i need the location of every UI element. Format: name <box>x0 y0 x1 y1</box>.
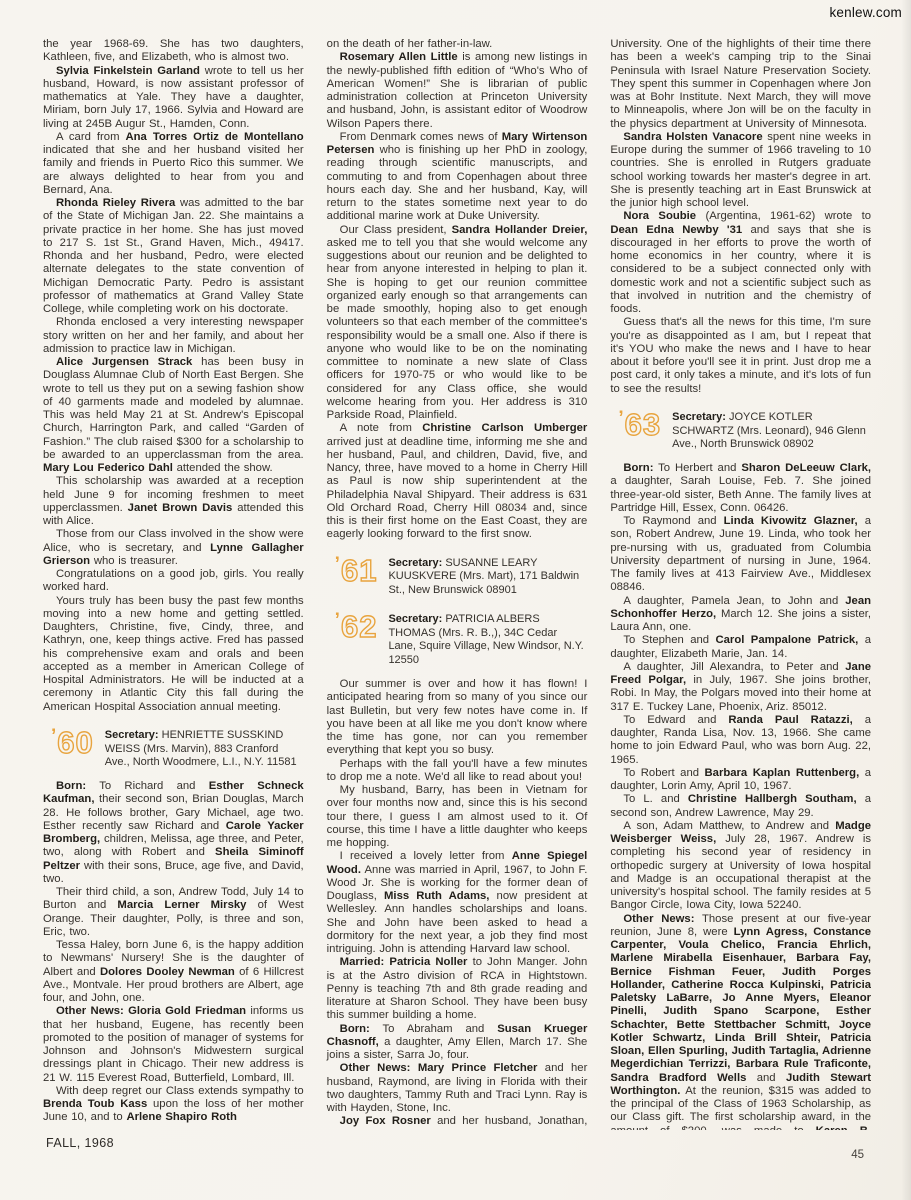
paragraph: A card from Ana Torres Ortiz de Montella… <box>43 131 304 197</box>
paragraph: Married: Patricia Noller to John Manger.… <box>327 956 588 1022</box>
paragraph: From Denmark comes news of Mary Wirtenso… <box>327 131 588 224</box>
secretary-label: Secretary: <box>388 557 445 569</box>
paragraph: Rhonda enclosed a very interesting newsp… <box>43 316 304 356</box>
paragraph: A daughter, Pamela Jean, to John and Jea… <box>610 595 871 635</box>
class-section-header: ’61Secretary: SUSANNE LEARY KUUSKVERE (M… <box>335 556 588 598</box>
paragraph: A son, Adam Matthew, to Andrew and Madge… <box>610 820 871 913</box>
paragraph: A daughter, Jill Alexandra, to Peter and… <box>610 661 871 714</box>
page-number: 45 <box>851 1149 864 1161</box>
secretary-info: Secretary: JOYCE KOTLER SCHWARTZ (Mrs. L… <box>672 410 871 452</box>
paragraph: Perhaps with the fall you'll have a few … <box>327 758 588 785</box>
paragraph: To Robert and Barbara Kaplan Ruttenberg,… <box>610 767 871 794</box>
paragraph: Other News: Those present at our five-ye… <box>610 913 871 1130</box>
class-year-badge: ’63 <box>618 410 661 439</box>
paragraph: the year 1968-69. She has two daughters,… <box>43 38 304 65</box>
paragraph: on the death of her father-in-law. <box>327 38 588 51</box>
paragraph: Our summer is over and how it has flown!… <box>327 678 588 758</box>
content-columns: the year 1968-69. She has two daughters,… <box>43 38 871 1130</box>
paragraph: To Raymond and Linda Kivowitz Glazner, a… <box>610 515 871 595</box>
issue-date: FALL, 1968 <box>46 1136 114 1150</box>
paragraph: Nora Soubie (Argentina, 1961-62) wrote t… <box>610 210 871 316</box>
secretary-label: Secretary: <box>388 613 445 625</box>
paragraph: To L. and Christine Hallbergh Southam, a… <box>610 793 871 820</box>
site-watermark: kenlew.com <box>829 5 902 20</box>
class-year-badge: ’61 <box>335 556 378 585</box>
paragraph: A note from Christine Carlson Umberger a… <box>327 422 588 541</box>
paragraph: Other News: Gloria Gold Friedman informs… <box>43 1005 304 1085</box>
paragraph: Tessa Haley, born June 6, is the happy a… <box>43 939 304 1005</box>
paragraph: Guess that's all the news for this time,… <box>610 316 871 396</box>
class-year-badge: ’60 <box>51 728 94 757</box>
paragraph: This scholarship was awarded at a recept… <box>43 475 304 528</box>
paragraph: Born: To Abraham and Susan Krueger Chasn… <box>327 1023 588 1063</box>
column-2: on the death of her father-in-law.Rosema… <box>327 38 588 1130</box>
paragraph: Other News: Mary Prince Fletcher and her… <box>327 1062 588 1115</box>
paragraph: Congratulations on a good job, girls. Yo… <box>43 568 304 595</box>
secretary-info: Secretary: PATRICIA ALBERS THOMAS (Mrs. … <box>388 612 587 668</box>
paragraph: University. One of the highlights of the… <box>610 38 871 131</box>
magazine-page: kenlew.com the year 1968-69. She has two… <box>0 0 911 1200</box>
paragraph: I received a lovely letter from Anne Spi… <box>327 850 588 956</box>
secretary-info: Secretary: SUSANNE LEARY KUUSKVERE (Mrs.… <box>388 556 587 598</box>
paragraph: Sandra Holsten Vanacore spent nine weeks… <box>610 131 871 211</box>
paragraph: Born: To Herbert and Sharon DeLeeuw Clar… <box>610 462 871 515</box>
paragraph: With deep regret our Class extends sympa… <box>43 1085 304 1125</box>
paragraph: Yours truly has been busy the past few m… <box>43 595 304 714</box>
class-section-header: ’60Secretary: HENRIETTE SUSSKIND WEISS (… <box>51 728 304 770</box>
paragraph: My husband, Barry, has been in Vietnam f… <box>327 784 588 850</box>
class-section-header: ’63Secretary: JOYCE KOTLER SCHWARTZ (Mrs… <box>618 410 871 452</box>
class-year-badge: ’62 <box>335 612 378 641</box>
paragraph: Their third child, a son, Andrew Todd, J… <box>43 886 304 939</box>
column-3: University. One of the highlights of the… <box>610 38 871 1130</box>
paragraph: Rosemary Allen Little is among new listi… <box>327 51 588 131</box>
paragraph: Those from our Class involved in the sho… <box>43 528 304 568</box>
paragraph: Alice Jurgensen Strack has been busy in … <box>43 356 304 475</box>
secretary-info: Secretary: HENRIETTE SUSSKIND WEISS (Mrs… <box>105 728 304 770</box>
column-1: the year 1968-69. She has two daughters,… <box>43 38 304 1130</box>
paragraph: Sylvia Finkelstein Garland wrote to tell… <box>43 65 304 131</box>
paragraph: Joy Fox Rosner and her husband, Jonathan… <box>327 1115 588 1130</box>
secretary-label: Secretary: <box>105 729 162 741</box>
class-section-header: ’62Secretary: PATRICIA ALBERS THOMAS (Mr… <box>335 612 588 668</box>
secretary-label: Secretary: <box>672 411 729 423</box>
paragraph: To Stephen and Carol Pampalone Patrick, … <box>610 634 871 661</box>
paragraph: To Edward and Randa Paul Ratazzi, a daug… <box>610 714 871 767</box>
paragraph: Born: To Richard and Esther Schneck Kauf… <box>43 780 304 886</box>
paragraph: Our Class president, Sandra Hollander Dr… <box>327 224 588 423</box>
paragraph: Rhonda Rieley Rivera was admitted to the… <box>43 197 304 316</box>
